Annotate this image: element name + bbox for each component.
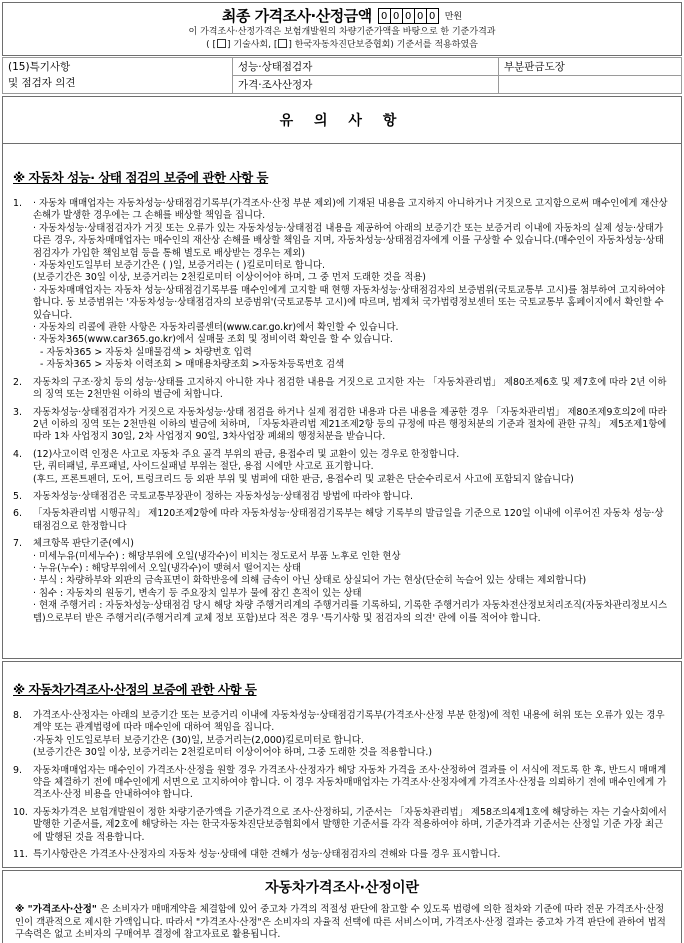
notice-item: 10. 자동차가격은 보험개발원이 정한 차량기준가액을 기준가격으로 조사·산… [13,807,671,844]
final-amount-title: 최종 가격조사·산정금액 [222,5,372,26]
table-row: (15)특기사항 및 점검자 의견 성능·상태점검자 부분판금도장 [3,58,682,76]
definition-body: 은 소비자가 매매계약을 체결함에 있어 중고차 가격의 적절성 판단에 참고할… [15,904,666,940]
item-number: 5. [13,491,33,503]
price-assessor-value-cell [499,76,682,94]
notice-body: ※ 자동차 성능· 상태 점검의 보증에 관한 사항 등 1. · 자동차 매매… [3,144,681,625]
checkbox-tech-society[interactable] [217,39,226,48]
item-line: · 자동차매매업자는 자동차 성능·상태점검기록부를 매수인에게 고지할 때 현… [33,285,671,322]
item-line: · 미세누유(미세누수) : 해당부위에 오일(냉각수)이 비치는 정도로서 부… [33,551,671,563]
performance-inspector-value-cell: 부분판금도장 [499,58,682,76]
item-line: 특기사항란은 가격조사·산정자의 자동차 성능·상태에 대한 견해가 성능·상태… [33,849,671,861]
notice-item: 5. 자동차성능·상태점검은 국토교통부장관이 정하는 자동차성능·상태점검 방… [13,491,671,503]
item-line: · 침수 : 자동차의 원동기, 변속기 등 주요장치 일부가 물에 잠긴 흔적… [33,588,671,600]
item-line: (12)사고이력 인정은 사고로 자동차 주요 골격 부위의 판금, 용접수리 … [33,449,671,461]
item-line: (보증기간은 30일 이상, 보증거리는 2천킬로미터 이상이어야 하며, 그중… [33,747,671,759]
definition-box: 자동차가격조사·산정이란 ※ "가격조사·산정" 은 소비자가 매매계약을 체결… [2,870,682,943]
item-line: 자동차의 구조·장치 등의 성능·상태를 고지하지 아니한 자나 점검한 내용을… [33,377,671,402]
item-line: 가격조사·산정자는 아래의 보증기간 또는 보증거리 이내에 자동차성능·상태점… [33,710,671,735]
notice-box: 유 의 사 항 ※ 자동차 성능· 상태 점검의 보증에 관한 사항 등 1. … [2,96,682,659]
section1-heading: ※ 자동차 성능· 상태 점검의 보증에 관한 사항 등 [13,168,671,186]
item-line: · 자동차인도일부터 보증기간은 ( )일, 보증거리는 ( )킬로미터로 합니… [33,260,671,272]
item-line: · 자동차성능·상태점검자가 거짓 또는 오류가 있는 자동차성능·상태점검 내… [33,223,671,260]
notice-title: 유 의 사 항 [3,97,681,144]
item-line: ·자동차 인도일로부터 보증기간은 (30)일, 보증거리는(2,000)킬로미… [33,735,671,747]
amount-digit-boxes: 0 0 0 0 0 [378,8,439,24]
basis-note-mid: ] 기술사회, [ [227,40,277,50]
notice-item: 9. 자동차매매업자는 매수인이 가격조사·산정을 원할 경우 가격조사·산정자… [13,765,671,802]
item-line: 자동차성능·상태점검은 국토교통부장관이 정하는 자동차성능·상태점검 방법에 … [33,491,671,503]
item-number: 9. [13,765,33,802]
notice-item: 6. 「자동차관리법 시행규칙」 제120조제2항에 따라 자동차성능·상태점검… [13,508,671,533]
basis-note-line2: ( [] 기술사회, [] 한국자동차진단보증협회) 기준서를 적용하였음 [3,39,681,52]
performance-inspector-label-cell: 성능·상태점검자 [233,58,499,76]
basis-note-open: ( [ [206,40,216,50]
special-notes-label-cell: (15)특기사항 및 점검자 의견 [3,58,233,94]
item-number: 3. [13,407,33,444]
item-line: 체크항목 판단기준(예시) [33,538,671,550]
notice-item: 4. (12)사고이력 인정은 사고로 자동차 주요 골격 부위의 판금, 용접… [13,449,671,486]
notice-item: 7. 체크항목 판단기준(예시) · 미세누유(미세누수) : 해당부위에 오일… [13,538,671,625]
item-line: · 현재 주행거리 : 자동차성능·상태점검 당시 해당 차량 주행거리계의 주… [33,600,671,625]
item-line: 「자동차관리법 시행규칙」 제120조제2항에 따라 자동차성능·상태점검기록부… [33,508,671,533]
special-notes-label-line2: 및 점검자 의견 [8,75,227,91]
item-line: · 자동차 매매업자는 자동차성능·상태점검기록부(가격조사·산정 부분 제외)… [33,198,671,223]
amount-unit-label: 만원 [445,9,462,22]
item-line: · 자동차의 리콜에 관한 사항은 자동차리콜센터(www.car.go.kr)… [33,322,671,334]
item-number: 6. [13,508,33,533]
item-number: 11. [13,849,33,861]
item-number: 10. [13,807,33,844]
item-line: 단, 쿼터패널, 루프패널, 사이드실패널 부위는 절단, 용접 시에만 사고로… [33,461,671,473]
final-amount-box: 최종 가격조사·산정금액 0 0 0 0 0 만원 이 가격조사·산정가격은 보… [2,2,682,56]
basis-note-line1: 이 가격조사·산정가격은 보험개발원의 차량기준가액을 바탕으로 한 기준가격과 [3,26,681,39]
amount-digit-box: 0 [426,8,439,24]
notice-item: 3. 자동차성능·상태점검자가 거짓으로 자동차성능·상태 점검을 하거나 실제… [13,407,671,444]
item-line: · 부식 : 차량하부와 외판의 금속표면이 화학반응에 의해 금속이 아닌 상… [33,575,671,587]
definition-paragraph: ※ "가격조사·산정" 은 소비자가 매매계약을 체결함에 있어 중고차 가격의… [15,904,669,942]
item-line: (보증기간은 30일 이상, 보증거리는 2천킬로미터 이상이어야 하며, 그 … [33,272,671,284]
item-line: 자동차성능·상태점검자가 거짓으로 자동차성능·상태 점검을 하거나 실제 점검… [33,407,671,444]
checkbox-kada-association[interactable] [278,39,287,48]
document-page: 최종 가격조사·산정금액 0 0 0 0 0 만원 이 가격조사·산정가격은 보… [0,0,684,943]
item-number: 7. [13,538,33,625]
item-number: 8. [13,710,33,760]
item-line: (후드, 프론트펜더, 도어, 트렁크리드 등 외판 부위 및 범퍼에 대한 판… [33,474,671,486]
item-line: · 자동차365(www.car365.go.kr)에서 실매물 조회 및 정비… [33,334,671,346]
section2-heading: ※ 자동차가격조사·산정의 보증에 관한 사항 등 [13,680,671,698]
notice-item: 1. · 자동차 매매업자는 자동차성능·상태점검기록부(가격조사·산정 부분 … [13,198,671,372]
basis-note-close: ] 한국자동차진단보증협회) 기준서를 적용하였음 [288,40,478,50]
special-notes-table: (15)특기사항 및 점검자 의견 성능·상태점검자 부분판금도장 가격·조사산… [2,57,682,94]
item-line: 자동차매매업자는 매수인이 가격조사·산정을 원할 경우 가격조사·산정자가 해… [33,765,671,802]
item-number: 4. [13,449,33,486]
price-assessor-label-cell: 가격·조사산정자 [233,76,499,94]
item-line: 자동차가격은 보험개발원이 정한 차량기준가액을 기준가격으로 조사·산정하되,… [33,807,671,844]
price-warranty-box: ※ 자동차가격조사·산정의 보증에 관한 사항 등 8. 가격조사·산정자는 아… [2,661,682,868]
item-number: 2. [13,377,33,402]
special-notes-label-line1: (15)특기사항 [8,59,227,75]
item-number: 1. [13,198,33,372]
notice-item: 2. 자동차의 구조·장치 등의 성능·상태를 고지하지 아니한 자나 점검한 … [13,377,671,402]
item-line: - 자동차365 > 자동차 실매물검색 > 차량번호 입력 [33,347,671,359]
notice-item: 11. 특기사항란은 가격조사·산정자의 자동차 성능·상태에 대한 견해가 성… [13,849,671,861]
definition-title: 자동차가격조사·산정이란 [15,877,669,897]
item-line: - 자동차365 > 자동차 이력조회 > 매매용차량조회 >자동차등록번호 검… [33,359,671,371]
item-line: · 누유(누수) : 해당부위에서 오일(냉각수)이 맺혀서 떨어지는 상태 [33,563,671,575]
notice-item: 8. 가격조사·산정자는 아래의 보증기간 또는 보증거리 이내에 자동차성능·… [13,710,671,760]
definition-lead: ※ "가격조사·산정" [15,904,100,915]
